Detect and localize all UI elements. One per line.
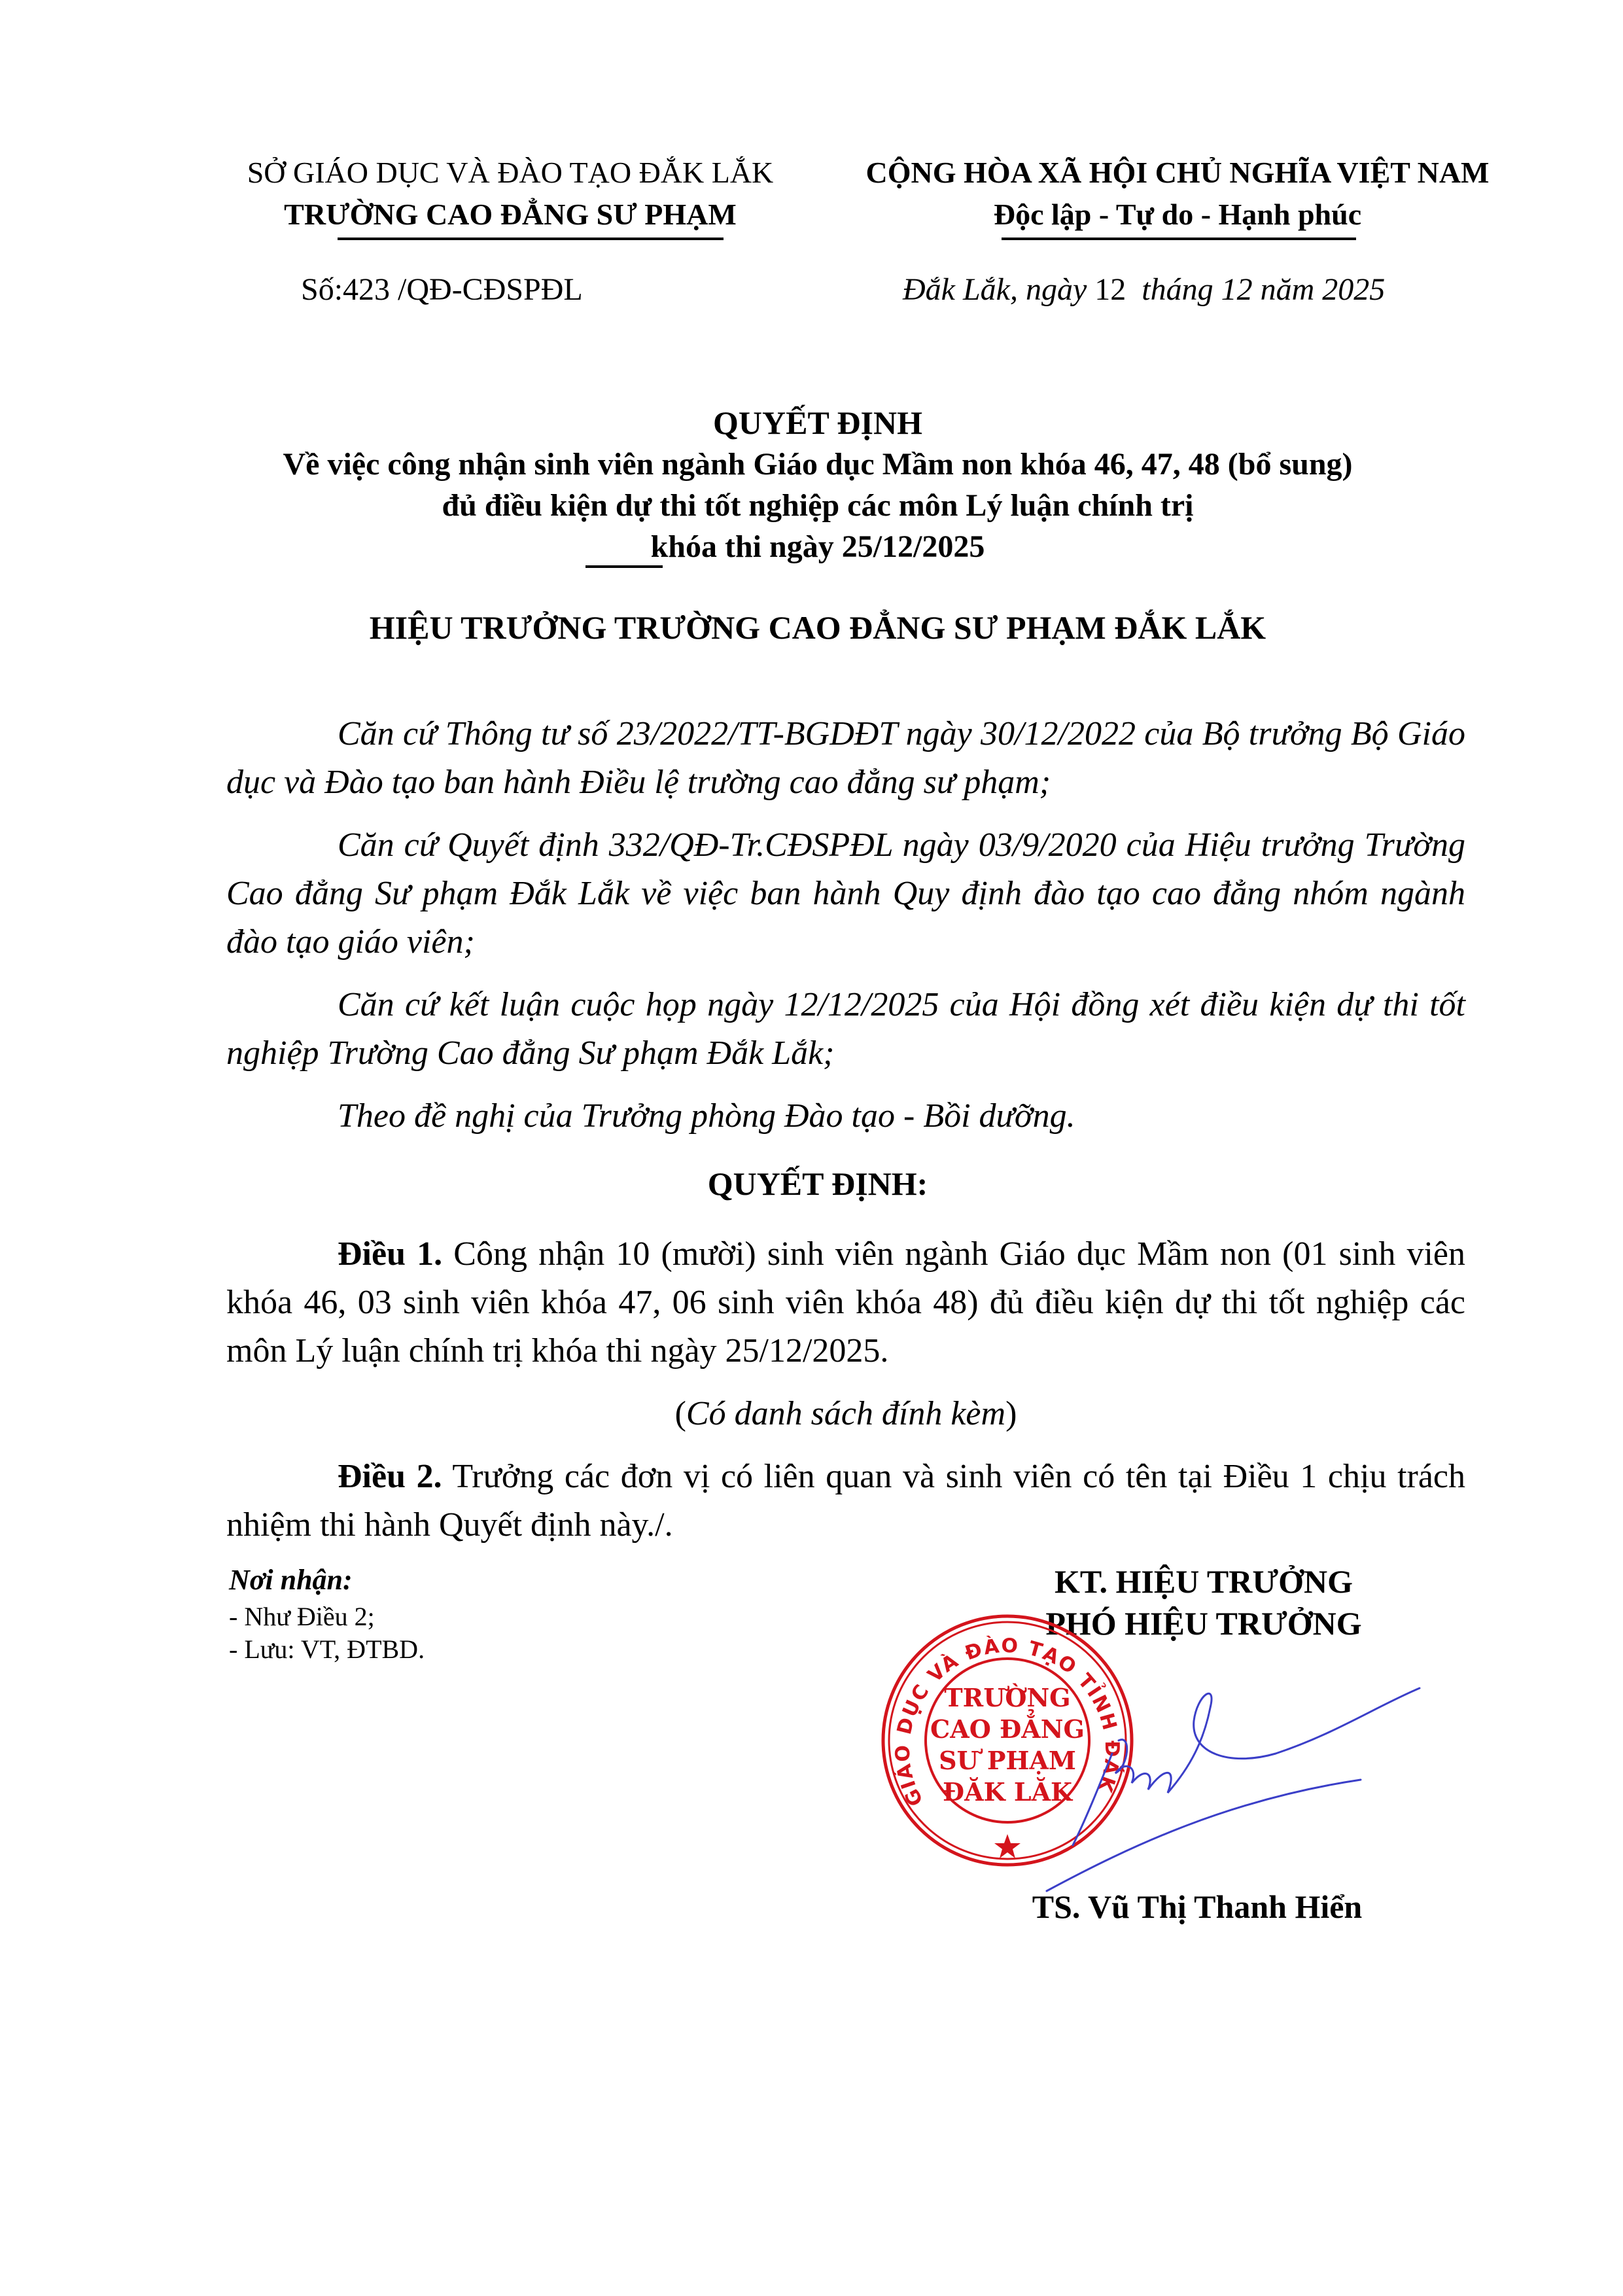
institution-name: TRƯỜNG CAO ĐẲNG SƯ PHẠM (196, 194, 824, 236)
recipients-block: Nơi nhận: - Như Điều 2; - Lưu: VT, ĐTBD. (229, 1564, 425, 1666)
subject-line-3: khóa thi ngày 25/12/2025 (196, 526, 1439, 567)
legal-basis-3: Căn cứ kết luận cuộc họp ngày 12/12/2025… (226, 981, 1465, 1078)
institution-underline (338, 238, 724, 240)
recipient-item: - Lưu: VT, ĐTBD. (229, 1633, 425, 1666)
article-2: Điều 2. Trưởng các đơn vị có liên quan v… (226, 1453, 1465, 1549)
handwritten-signature-icon (968, 1636, 1426, 1898)
national-header-block: CỘNG HÒA XÃ HỘI CHỦ NGHĨA VIỆT NAM Độc l… (818, 152, 1537, 236)
article-2-label: Điều 2. (338, 1458, 442, 1495)
on-behalf-label: KT. HIỆU TRƯỞNG (949, 1561, 1459, 1602)
recipients-label: Nơi nhận: (229, 1564, 425, 1597)
issuing-authority-title: HIỆU TRƯỞNG TRƯỜNG CAO ĐẲNG SƯ PHẠM ĐẮK … (196, 609, 1439, 646)
country-name: CỘNG HÒA XÃ HỘI CHỦ NGHĨA VIỆT NAM (818, 152, 1537, 194)
motto-underline (1002, 238, 1356, 240)
legal-basis-1: Căn cứ Thông tư số 23/2022/TT-BGDĐT ngày… (226, 710, 1465, 807)
preamble: Căn cứ Thông tư số 23/2022/TT-BGDĐT ngày… (226, 710, 1465, 1155)
article-1-label: Điều 1. (338, 1235, 442, 1273)
article-1: Điều 1. Công nhận 10 (mười) sinh viên ng… (226, 1230, 1465, 1375)
proposal-basis: Theo đề nghị của Trưởng phòng Đào tạo - … (226, 1092, 1465, 1140)
document-number: Số:423 /QĐ-CĐSPĐL (301, 272, 583, 308)
decision-heading: QUYẾT ĐỊNH: (196, 1165, 1439, 1203)
issuing-authority-block: SỞ GIÁO DỤC VÀ ĐÀO TẠO ĐẮK LẮK TRƯỜNG CA… (196, 152, 824, 236)
attachment-note: (Có danh sách đính kèm) (226, 1390, 1465, 1438)
title-underline (585, 565, 663, 568)
subject-line-1: Về việc công nhận sinh viên ngành Giáo d… (196, 444, 1439, 485)
recipient-item: - Như Điều 2; (229, 1600, 425, 1633)
document-title: QUYẾT ĐỊNH (196, 402, 1439, 444)
articles: Điều 1. Công nhận 10 (mười) sinh viên ng… (226, 1230, 1465, 1564)
department-name: SỞ GIÁO DỤC VÀ ĐÀO TẠO ĐẮK LẮK (196, 152, 824, 194)
legal-basis-2: Căn cứ Quyết định 332/QĐ-Tr.CĐSPĐL ngày … (226, 821, 1465, 966)
subject-line-2: đủ điều kiện dự thi tốt nghiệp các môn L… (196, 485, 1439, 526)
document-title-block: QUYẾT ĐỊNH Về việc công nhận sinh viên n… (196, 402, 1439, 567)
signer-name: TS. Vũ Thị Thanh Hiển (942, 1888, 1452, 1926)
national-motto: Độc lập - Tự do - Hạnh phúc (818, 194, 1537, 236)
place-and-date: Đắk Lắk, ngày 12 tháng 12 năm 2025 (903, 272, 1385, 308)
